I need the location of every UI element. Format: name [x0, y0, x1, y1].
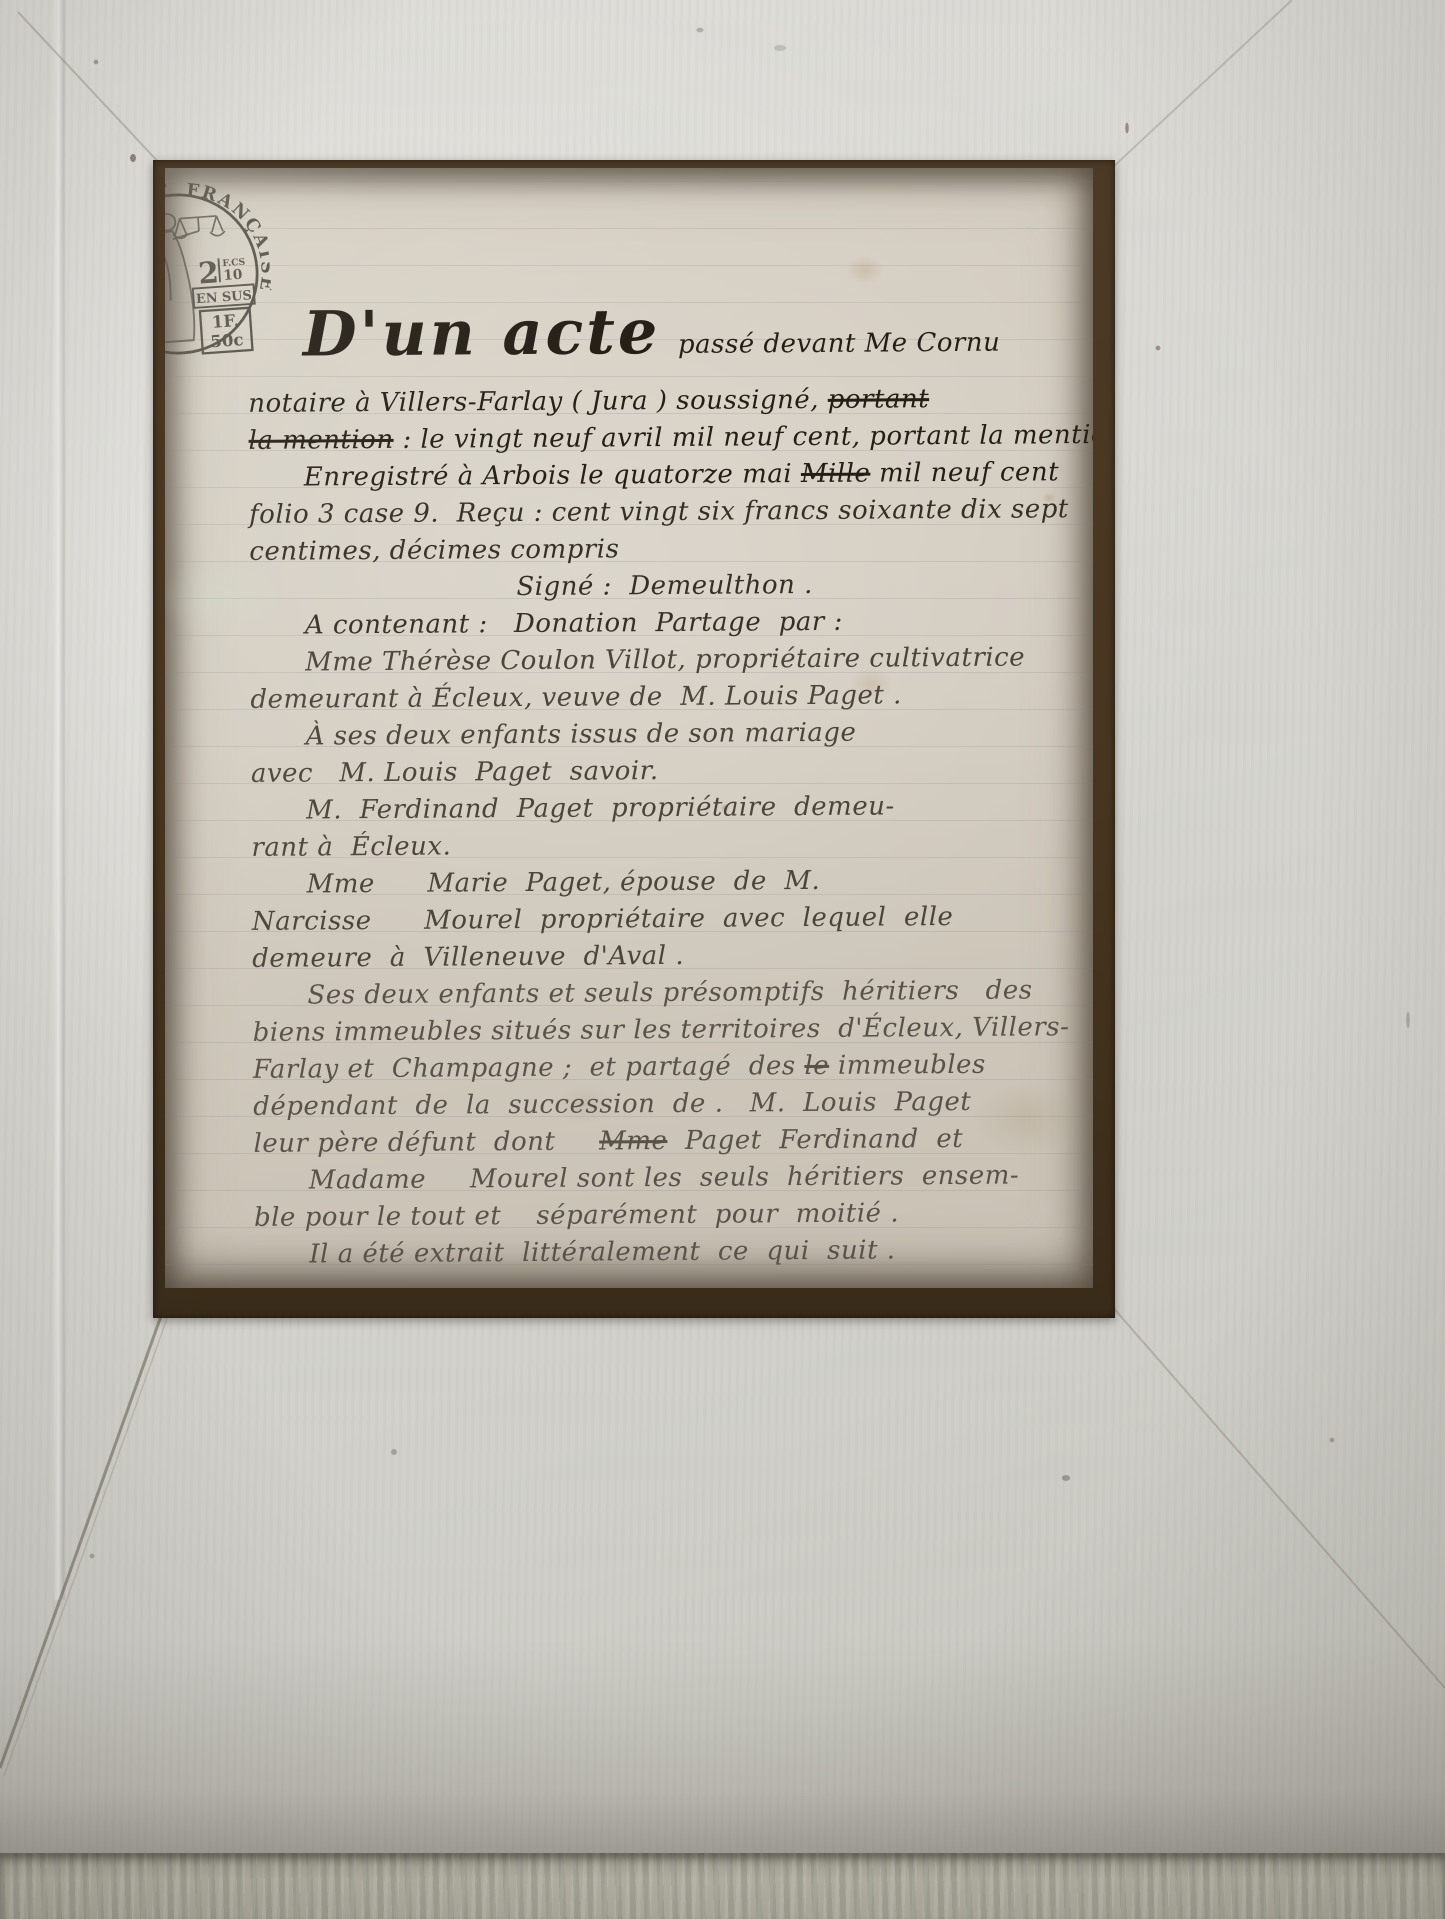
handwritten-line: rant à Écleux.: [251, 824, 1081, 867]
stamp-value-frac-bottom: 10: [223, 267, 243, 284]
handwritten-line: Farlay et Champagne ; et partagé des le …: [253, 1046, 1083, 1089]
handwriting-segment: Farlay et Champagne ; et partagé des: [253, 1051, 805, 1085]
handwritten-line: M. Ferdinand Paget propriétaire demeu-: [251, 787, 1081, 830]
handwritten-line: demeure à Villeneuve d'Aval .: [252, 935, 1082, 978]
handwriting-segment: demeurant à Écleux, veuve de M. Louis Pa…: [250, 680, 902, 715]
handwritten-line: ble pour le tout et séparément pour moit…: [254, 1194, 1084, 1237]
handwriting-segment: immeubles: [829, 1050, 986, 1081]
handwritten-line: Narcisse Mourel propriétaire avec lequel…: [252, 898, 1082, 941]
handwriting-segment: D'un acte: [303, 295, 661, 370]
document-text: D'un acte passé devant Me Cornunotaire à…: [248, 291, 1085, 1274]
handwritten-line: À ses deux enfants issus de son mariage: [251, 713, 1081, 756]
handwriting-segment: Narcisse Mourel propriétaire avec lequel…: [252, 902, 954, 937]
handwritten-line: leur père défunt dont Mme Paget Ferdinan…: [253, 1120, 1083, 1163]
handwritten-line: Mme Thérèse Coulon Villot, propriétaire …: [250, 639, 1080, 682]
handwritten-line: la mention : le vingt neuf avril mil neu…: [248, 417, 1078, 460]
handwriting-segment: Mme Thérèse Coulon Villot, propriétaire …: [305, 642, 1025, 677]
struck-word: portant: [828, 384, 930, 415]
scales-icon: [172, 215, 225, 238]
handwriting-segment: ble pour le tout et séparément pour moit…: [254, 1198, 899, 1233]
handwriting-segment: Enregistré à Arbois le quatorze mai: [304, 459, 801, 492]
handwriting-segment: rant à Écleux.: [251, 832, 451, 863]
table-surface: [0, 1853, 1445, 1919]
handwriting-segment: Madame Mourel sont les seuls héritiers e…: [309, 1161, 1020, 1196]
struck-word: Mille: [801, 459, 871, 489]
handwritten-line: biens immeubles situés sur les territoir…: [253, 1009, 1083, 1052]
struck-word: la mention: [249, 425, 394, 456]
handwriting-segment: Paget Ferdinand et: [667, 1124, 963, 1156]
handwritten-line: Enregistré à Arbois le quatorze mai Mill…: [249, 454, 1079, 497]
handwritten-line: notaire à Villers-Farlay ( Jura ) soussi…: [248, 380, 1078, 423]
handwriting-segment: folio 3 case 9. Reçu : cent vingt six fr…: [249, 494, 1069, 530]
frame-opening-rabbet: RÉPUBLIQUE FRANÇAISE: [153, 160, 1115, 1318]
handwritten-line: Mme Marie Paget, épouse de M.: [252, 861, 1082, 904]
handwriting-segment: biens immeubles situés sur les territoir…: [253, 1012, 1070, 1048]
handwritten-line: A contenant : Donation Partage par :: [250, 602, 1080, 645]
handwriting-segment: Mme Marie Paget, épouse de M.: [307, 866, 821, 900]
handwriting-segment: A contenant : Donation Partage par :: [305, 607, 843, 641]
handwritten-line: dépendant de la succession de . M. Louis…: [253, 1083, 1083, 1126]
handwriting-segment: notaire à Villers-Farlay ( Jura ) soussi…: [248, 385, 828, 419]
handwritten-line: D'un acte passé devant Me Cornu: [248, 291, 1079, 386]
struck-word: Mme: [599, 1126, 667, 1156]
handwriting-segment: Signé : Demeulthon .: [516, 570, 813, 602]
photo-scene: RÉPUBLIQUE FRANÇAISE: [0, 0, 1445, 1919]
stamp-value-centimes: 50c: [210, 329, 244, 351]
stamp-value-franc: 1F.: [211, 310, 240, 332]
handwritten-line: Madame Mourel sont les seuls héritiers e…: [254, 1157, 1084, 1200]
handwriting-segment: avec M. Louis Paget savoir.: [251, 756, 659, 789]
handwriting-segment: Il a été extrait littéralement ce qui su…: [309, 1235, 895, 1269]
handwriting-segment: passé devant Me Cornu: [660, 328, 1000, 360]
handwriting-segment: M. Ferdinand Paget propriétaire demeu-: [306, 791, 895, 825]
document-paper: RÉPUBLIQUE FRANÇAISE: [165, 168, 1093, 1288]
struck-word: le: [804, 1051, 829, 1081]
handwritten-line: avec M. Louis Paget savoir.: [251, 750, 1081, 793]
handwriting-segment: Ses deux enfants et seuls présomptifs hé…: [307, 975, 1032, 1010]
handwriting-segment: dépendant de la succession de . M. Louis…: [253, 1087, 971, 1122]
handwritten-line: centimes, décimes compris: [249, 528, 1079, 571]
handwritten-line: Signé : Demeulthon .: [250, 565, 1080, 608]
handwritten-line: Ses deux enfants et seuls présomptifs hé…: [252, 972, 1082, 1015]
handwritten-line: folio 3 case 9. Reçu : cent vingt six fr…: [249, 491, 1079, 534]
stamp-value-main: 2: [197, 254, 220, 290]
handwriting-segment: centimes, décimes compris: [249, 534, 619, 567]
handwriting-segment: mil neuf cent: [870, 457, 1059, 488]
handwriting-segment: : le vingt neuf avril mil neuf cent, por…: [394, 420, 1093, 455]
handwriting-segment: demeure à Villeneuve d'Aval .: [252, 941, 684, 974]
handwriting-segment: À ses deux enfants issus de son mariage: [306, 718, 857, 752]
handwritten-line: Il a été extrait littéralement ce qui su…: [254, 1231, 1084, 1274]
handwritten-line: demeurant à Écleux, veuve de M. Louis Pa…: [250, 676, 1080, 719]
handwriting-segment: leur père défunt dont: [253, 1126, 599, 1158]
